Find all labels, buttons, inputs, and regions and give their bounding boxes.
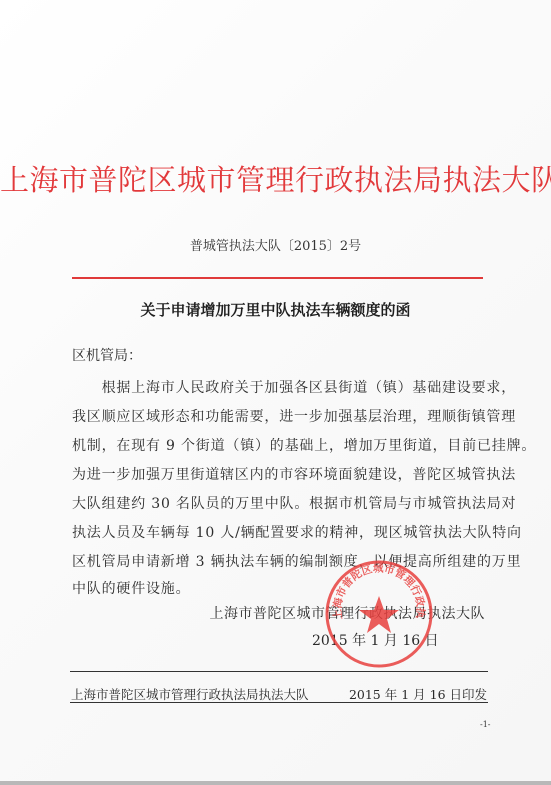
letter-subject: 关于申请增加万里中队执法车辆额度的函 — [0, 299, 551, 320]
body-line: 我区顺应区域形态和功能需要，进一步加强基层治理，理顺街镇管理 — [72, 406, 484, 426]
issuing-authority-title: 上海市普陀区城市管理行政执法局执法大队 — [0, 158, 551, 199]
body-line: 为进一步加强万里街道辖区内的市容环境面貌建设，普陀区城管执法 — [72, 464, 484, 484]
body-line: 根据上海市人民政府关于加强各区县街道（镇）基础建设要求， — [72, 377, 484, 397]
official-seal: 上海市普陀区城市管理行政执法局执法大队 — [323, 558, 435, 670]
page-number: -1- — [480, 720, 491, 729]
star-icon — [359, 596, 399, 633]
page-bottom-edge — [0, 781, 551, 785]
body-line: 大队组建约 30 名队员的万里中队。根据市机管局与市城管执法局对 — [72, 493, 484, 513]
document-page: 上海市普陀区城市管理行政执法局执法大队 普城管执法大队〔2015〕2号 关于申请… — [0, 0, 551, 781]
document-number: 普城管执法大队〔2015〕2号 — [0, 235, 551, 254]
body-line: 机制，在现有 9 个街道（镇）的基础上，增加万里街道，目前已挂牌。 — [72, 435, 484, 455]
footer-divider-bottom — [70, 702, 488, 703]
footer-issue-date: 2015 年 1 月 16 日印发 — [349, 685, 487, 703]
red-header-divider — [72, 277, 483, 279]
salutation: 区机管局： — [72, 345, 142, 365]
footer-divider-top — [70, 671, 488, 672]
footer-issuer: 上海市普陀区城市管理行政执法局执法大队 — [71, 685, 309, 703]
body-line: 执法人员及车辆每 10 人/辆配置要求的精神，现区城管执法大队特向 — [72, 522, 484, 542]
